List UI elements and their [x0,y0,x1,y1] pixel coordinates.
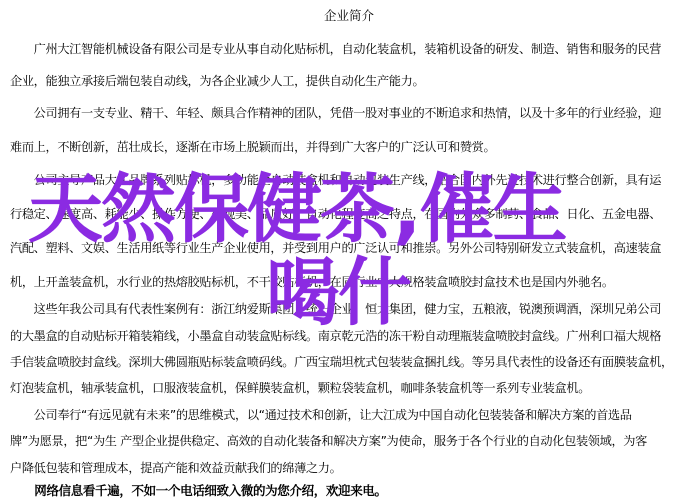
paragraph-line: 户降低包装和管理成本，提高产能和效益贡献我们的绵薄之力。 [10,461,692,475]
paragraph-line: 公司拥有一支专业、精干、年轻、颇具合作精神的团队，凭借一股对事业的不断追求和热情… [10,106,692,120]
company-intro-document: 企业简介 广州大江智能机械设备有限公司是专业从事自动化贴标机，自动化装盒机，装箱… [0,0,698,499]
paragraph-line: 企业，能独立承接后端包装自动线，为各企业减少人工，提供自动化生产能力。 [10,74,692,88]
closing-line: 网络信息看千遍，不如一个电话细致入微的为您介绍，欢迎来电。 [10,484,692,498]
overlay-headline-continued: 喝什 [266,256,410,330]
paragraph-line: 公司奉行“有远见就有未来”的思维模式，以“通过技术和创新，让大江成为中国自动化包… [10,408,692,422]
paragraph-line: 灯泡装盒机，轴承装盒机，口服液装盒机，保鲜膜装盒机，颗粒袋装盒机，咖啡条装盒机等… [10,381,692,395]
document-title: 企业简介 [0,6,698,24]
overlay-headline: 天然保健茶,催生 [28,172,566,247]
paragraph-line: 手信装盒喷胶封盒线。深圳大佛圆瓶贴标装盒喷码线。广西宝瑞坦枕式包装装盒捆扎线。等… [10,355,692,369]
paragraph-line: 难而上，不断创新，茁壮成长，逐渐在市场上脱颖而出，并得到广大客户的广泛认可和赞赏… [10,140,692,154]
paragraph-line: 牌”为愿景，把“为生 产型企业提供稳定、高效的自动化装备和解决方案”为使命，服务… [10,434,692,448]
paragraph-line: 广州大江智能机械设备有限公司是专业从事自动化贴标机，自动化装盒机，装箱机设备的研… [10,42,692,56]
